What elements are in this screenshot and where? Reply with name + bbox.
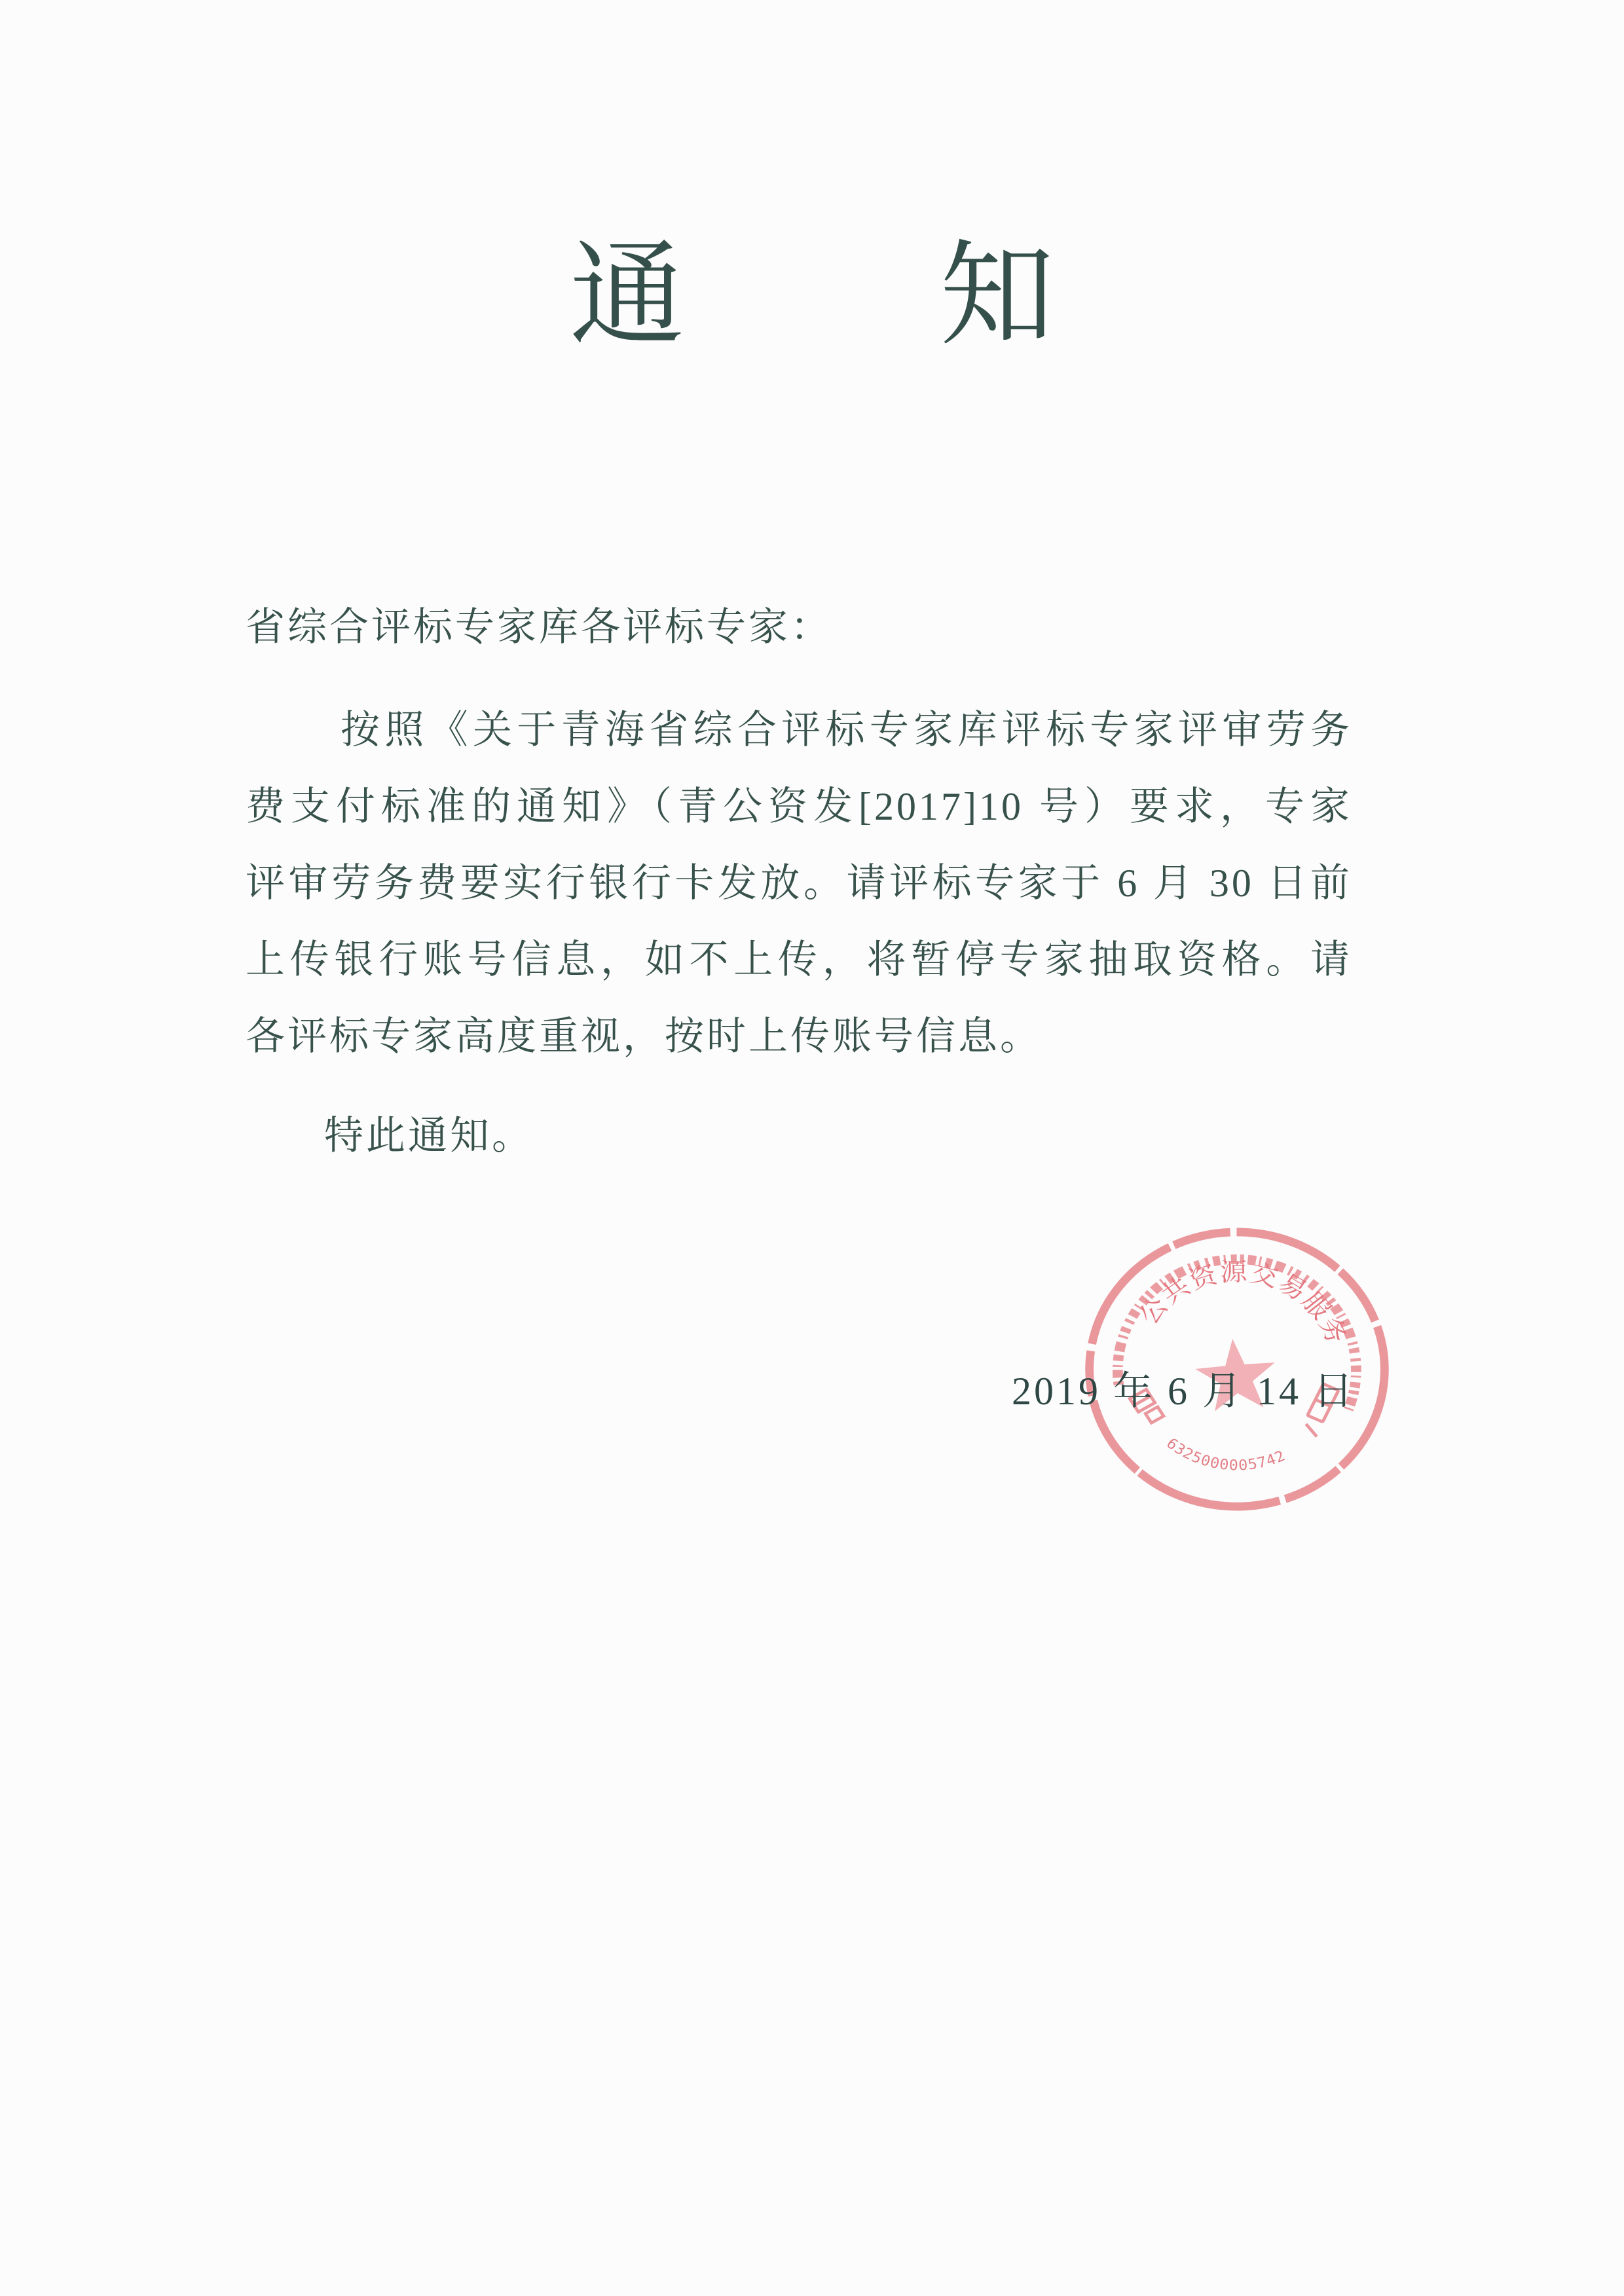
notice-document-page: 通 知 省综合评标专家库各评标专家： 按照《关于青海省综合评标专家库评标专家评审…	[0, 0, 1624, 2296]
notice-title: 通 知	[0, 233, 1624, 359]
title-char-left: 通	[570, 233, 684, 359]
salutation-line: 省综合评标专家库各评标专家：	[246, 589, 832, 666]
closing-line: 特此通知。	[324, 1098, 534, 1175]
title-char-right: 知	[940, 233, 1054, 359]
body-line: 评审劳务费要实行银行卡发放。请评标专家于 6 月 30 日前	[246, 845, 1352, 922]
body-line: 费支付标准的通知》（青公资发[2017]10 号）要求，专家	[246, 769, 1352, 845]
body-line: 按照《关于青海省综合评标专家库评标专家评审劳务	[246, 692, 1352, 769]
body-line: 上传银行账号信息，如不上传，将暂停专家抽取资格。请	[246, 922, 1352, 998]
seal-serial-number: 6325000005742	[1160, 1434, 1290, 1480]
body-line: 各评标专家高度重视，按时上传账号信息。	[246, 998, 1352, 1075]
date-line: 2019 年 6 月 14 日	[1012, 1353, 1356, 1430]
notice-body: 按照《关于青海省综合评标专家库评标专家评审劳务 费支付标准的通知》（青公资发[2…	[246, 692, 1352, 1075]
